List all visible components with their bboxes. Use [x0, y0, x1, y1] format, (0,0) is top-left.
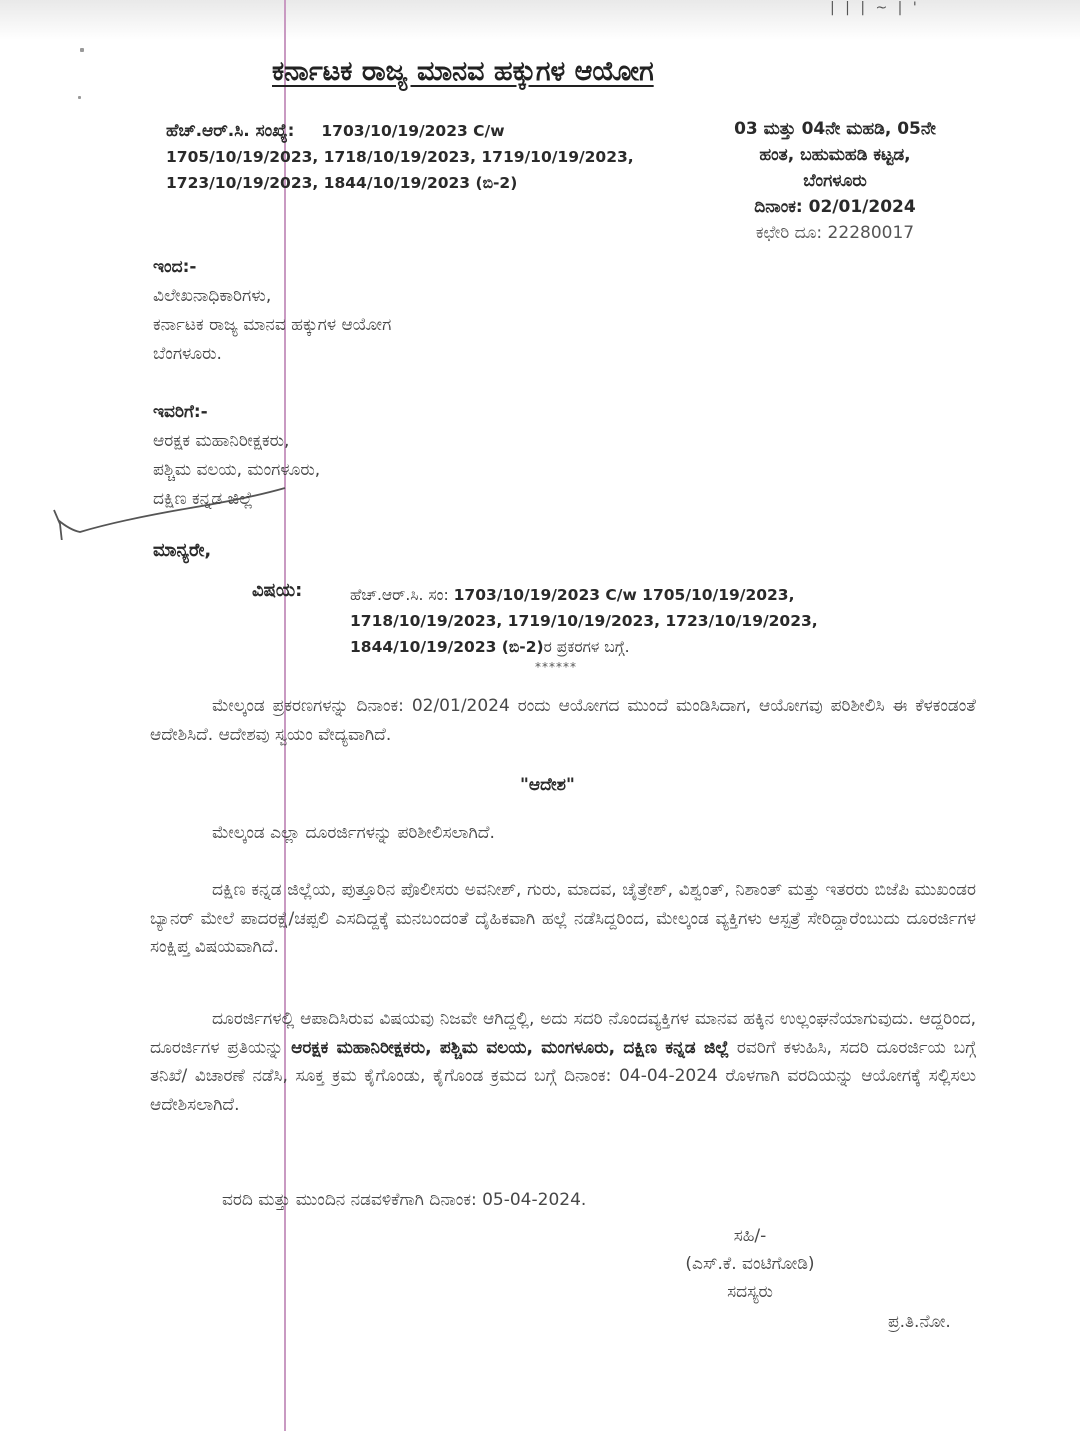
document-date: 02/01/2024 [809, 197, 916, 217]
paragraph-1: ಮೇಲ್ಕಂಡ ಪ್ರಕರಣಗಳನ್ನು ದಿನಾಂಕ: 02/01/2024 … [150, 692, 976, 749]
report-date-line: ವರದಿ ಮತ್ತು ಮುಂದಿನ ನಡವಳಿಕೆಗಾಗಿ ದಿನಾಂಕ: 05… [222, 1190, 586, 1210]
subject-label: ವಿಷಯ: [252, 580, 302, 601]
paragraph-4-recipient: ಆರಕ್ಷಕ ಮಹಾನಿರೀಕ್ಷಕರು, ಪಶ್ಚಿಮ ವಲಯ, ಮಂಗಳೂರ… [291, 1038, 729, 1058]
to-line2: ಪಶ್ಚಿಮ ವಲಯ, ಮಂಗಳೂರು, [153, 456, 320, 485]
from-line3: ಬೆಂಗಳೂರು. [153, 340, 391, 369]
subject-prefix: ಹೆಚ್.ಆರ್.ಸಿ. ಸಂ: [350, 586, 449, 604]
document-title: ಕರ್ನಾಟಕ ರಾಜ್ಯ ಮಾನವ ಹಕ್ಕುಗಳ ಆಯೋಗ [272, 56, 654, 88]
to-block: ಇವರಿಗೆ:- ಆರಕ್ಷಕ ಮಹಾನಿರೀಕ್ಷಕರು, ಪಶ್ಚಿಮ ವಲ… [153, 398, 320, 514]
from-line2: ಕರ್ನಾಟಕ ರಾಜ್ಯ ಮಾನವ ಹಕ್ಕುಗಳ ಆಯೋಗ [153, 311, 391, 340]
salutation: ಮಾನ್ಯರೇ, [153, 540, 211, 561]
paragraph-2: ಮೇಲ್ಕಂಡ ಎಲ್ಲಾ ದೂರರ್ಜಿಗಳನ್ನು ಪರಿಶೀಲಿಸಲಾಗಿ… [150, 819, 976, 848]
signatory-designation: ಸದಸ್ಯರು [630, 1282, 870, 1302]
address-line3: ಬೆಂಗಳೂರು [690, 168, 980, 194]
reference-number-block: ಹೆಚ್.ಆರ್.ಸಿ. ಸಂಖ್ಯೆ: 1703/10/19/2023 C/w… [166, 118, 634, 196]
office-address-block: 03 ಮತ್ತು 04ನೇ ಮಹಡಿ, 05ನೇ ಹಂತ, ಬಹುಮಹಡಿ ಕಟ… [690, 116, 980, 246]
subject-line2: 1718/10/19/2023, 1719/10/19/2023, 1723/1… [350, 612, 818, 630]
from-heading: ಇಂದ:- [153, 253, 391, 282]
scan-speck [78, 96, 81, 99]
reference-label: ಹೆಚ್.ಆರ್.ಸಿ. ಸಂಖ್ಯೆ: [166, 121, 294, 141]
date-line: ದಿನಾಂಕ: 02/01/2024 [690, 194, 980, 220]
paragraph-3: ದಕ್ಷಿಣ ಕನ್ನಡ ಜಿಲ್ಲೆಯ, ಪುತ್ತೂರಿನ ಪೊಲೀಸರು … [150, 876, 976, 962]
separator-stars: ****** [535, 660, 577, 674]
handwritten-scribble: | | | ~ | ' [830, 0, 920, 16]
footer-note: ಪ್ರ.ತಿ.ನೋ. [888, 1312, 951, 1332]
from-block: ಇಂದ:- ವಿಲೇಖನಾಧಿಕಾರಿಗಳು, ಕರ್ನಾಟಕ ರಾಜ್ಯ ಮಾ… [153, 253, 391, 369]
order-heading: "ಆದೇಶ" [520, 775, 575, 795]
reference-line3: 1723/10/19/2023, 1844/10/19/2023 (ಬಿ-2) [166, 170, 634, 196]
to-line3: ದಕ್ಷಿಣ ಕನ್ನಡ ಜಿಲ್ಲೆ [153, 485, 320, 514]
paragraph-4: ದೂರರ್ಜಿಗಳಲ್ಲಿ ಆಪಾದಿಸಿರುವ ವಿಷಯವು ನಿಜವೇ ಆಗ… [150, 1005, 976, 1119]
address-line2: ಹಂತ, ಬಹುಮಹಡಿ ಕಟ್ಟಡ, [690, 142, 980, 168]
subject-line3-numbers: 1844/10/19/2023 (ಬಿ-2) [350, 638, 544, 656]
to-line1: ಆರಕ್ಷಕ ಮಹಾನಿರೀಕ್ಷಕರು, [153, 427, 320, 456]
from-line1: ವಿಲೇಖನಾಧಿಕಾರಿಗಳು, [153, 282, 391, 311]
address-line1: 03 ಮತ್ತು 04ನೇ ಮಹಡಿ, 05ನೇ [690, 116, 980, 142]
scan-speck [80, 48, 84, 52]
office-phone: ಕಛೇರಿ ದೂ: 22280017 [690, 220, 980, 246]
subject-line1: 1703/10/19/2023 C/w 1705/10/19/2023, [454, 586, 795, 604]
signed-mark: ಸಹಿ/- [630, 1226, 870, 1246]
date-label: ದಿನಾಂಕ: [754, 197, 802, 217]
subject-text: ಹೆಚ್.ಆರ್.ಸಿ. ಸಂ: 1703/10/19/2023 C/w 170… [350, 582, 818, 660]
reference-line2: 1705/10/19/2023, 1718/10/19/2023, 1719/1… [166, 144, 634, 170]
to-heading: ಇವರಿಗೆ:- [153, 398, 320, 427]
reference-line1: 1703/10/19/2023 C/w [321, 122, 504, 140]
signatory-name: (ಎಸ್.ಕೆ. ವಂಟಿಗೋಡಿ) [630, 1254, 870, 1274]
subject-line3-suffix: ರ ಪ್ರಕರಗಳ ಬಗ್ಗೆ. [544, 638, 630, 656]
